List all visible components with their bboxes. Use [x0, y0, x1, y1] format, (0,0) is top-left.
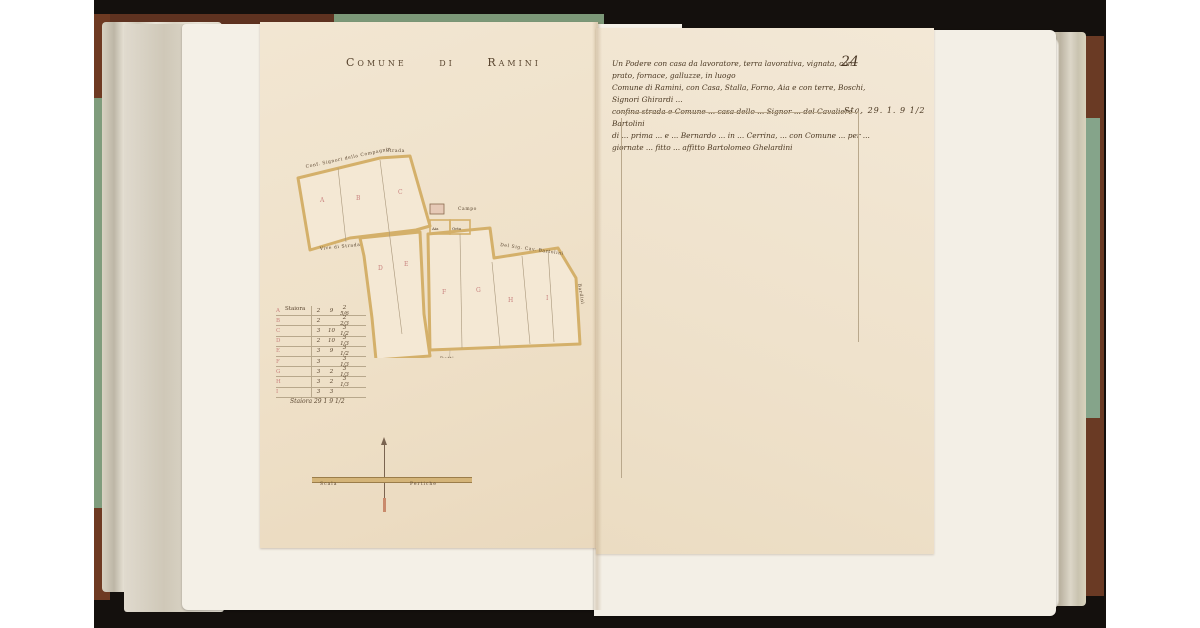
table-row-name: [285, 326, 312, 335]
map-orto-label: Orto: [452, 226, 462, 231]
table-row-letter: G: [276, 369, 285, 375]
table-row-value-1: 2: [312, 318, 325, 324]
book-cover-right-green: [1086, 118, 1100, 418]
compass-needle-tail: [383, 498, 386, 512]
book-photo-scene: Comune di Ramini A B C D E: [94, 0, 1106, 628]
table-row-value-1: 3: [312, 348, 325, 354]
title-word-3: Ramini: [487, 56, 541, 69]
table-row-value-2: 10: [325, 338, 338, 344]
title-word-2: di: [439, 56, 455, 69]
measure-label: Sta.: [844, 106, 864, 115]
table-row: C 3 10 3 1/2: [276, 326, 366, 336]
table-row-value-2: 3: [325, 389, 338, 395]
plot-label-e: E: [404, 261, 408, 268]
table-row: F 3 3 1/3: [276, 357, 366, 367]
map-aia-label: Aia: [431, 226, 439, 231]
title-word-1: Comune: [346, 56, 407, 69]
table-row-value-2: 2: [325, 379, 338, 385]
road-label-bottom: Detti: [440, 356, 454, 358]
table-row-name: [285, 337, 312, 346]
table-row: A Staiora 2 9 2 5/6: [276, 306, 366, 316]
table-row-name: [285, 316, 312, 325]
table-row-value-2: 9: [325, 308, 338, 314]
table-row-value-1: 3: [312, 369, 325, 375]
plot-label-d: D: [378, 265, 383, 272]
table-row: E 3 9 3 1/2: [276, 347, 366, 357]
book-gutter: [592, 22, 602, 610]
ruled-line-horizontal: [620, 112, 858, 113]
ruled-margin-right: [858, 112, 859, 342]
table-row-letter: E: [276, 348, 285, 354]
table-row-value-1: 3: [312, 389, 325, 395]
table-row-letter: F: [276, 359, 285, 365]
north-arrow-icon: [381, 437, 387, 445]
table-row: I 3 3: [276, 388, 366, 398]
table-row-value-2: 2: [325, 369, 338, 375]
table-row-name: Staiora: [285, 306, 312, 315]
table-row-value-1: 3: [312, 328, 325, 334]
plot-label-a: A: [319, 197, 325, 204]
table-row-name: [285, 367, 312, 376]
table-row-value-1: 2: [312, 308, 325, 314]
plot-label-b: B: [356, 195, 361, 202]
map-house: [430, 204, 444, 214]
table-row-value-2: 10: [325, 328, 338, 334]
table-row-value-3: 3 1/3: [338, 376, 351, 388]
road-label-top-road: Strada: [386, 148, 405, 154]
table-row: G 3 2 3 1/3: [276, 367, 366, 377]
table-row-name: [285, 377, 312, 386]
entry-line: di ... prima ... e ... Bernardo ... in .…: [612, 130, 874, 142]
table-row-letter: A: [276, 308, 285, 314]
table-row-letter: C: [276, 328, 285, 334]
table-row-letter: B: [276, 318, 285, 324]
page-title: Comune di Ramini: [346, 56, 567, 69]
table-row-name: [285, 388, 312, 397]
table-row: B 2 2 2/3: [276, 316, 366, 326]
table-row-letter: I: [276, 389, 285, 395]
register-entry: Un Podere con casa da lavoratore, terra …: [612, 58, 874, 154]
table-row-name: [285, 357, 312, 366]
entry-measure: Sta. 29. 1. 9 1/2: [844, 106, 926, 115]
scale-label: Scala: [320, 482, 337, 487]
table-total: Staiora 29 1 9 1/2: [290, 398, 345, 405]
plot-label-c: C: [398, 189, 403, 196]
scale-unit-label: Pertiche: [410, 482, 437, 487]
ruled-margin-left: [621, 118, 622, 478]
table-row-name: [285, 347, 312, 356]
plot-label-g: G: [476, 287, 481, 294]
entry-line: Un Podere con casa da lavoratore, terra …: [612, 58, 874, 82]
plot-label-h: H: [508, 297, 513, 304]
entry-line: confina strada e Comune ... casa dello .…: [612, 106, 874, 130]
table-row-letter: H: [276, 379, 285, 385]
entry-line: Comune di Ramini, con Casa, Stalla, Forn…: [612, 82, 874, 106]
plot-label-f: F: [442, 289, 446, 296]
plot-area-table: A Staiora 2 9 2 5/6 B 2 2 2/3 C 3 10 3 1…: [276, 306, 366, 398]
measure-value: 29. 1. 9 1/2: [868, 106, 926, 115]
table-row-letter: D: [276, 338, 285, 344]
entry-line: giornate ... fitto ... affitto Bartolome…: [612, 142, 874, 154]
map-parcel-west: [360, 232, 430, 358]
table-row: D 2 10 3 1/3: [276, 337, 366, 347]
table-row: H 3 2 3 1/3: [276, 377, 366, 387]
table-row-value-1: 2: [312, 338, 325, 344]
table-row-value-1: 3: [312, 359, 325, 365]
table-row-value-1: 3: [312, 379, 325, 385]
road-label-right-top: Campo: [458, 206, 477, 212]
table-row-value-2: 9: [325, 348, 338, 354]
